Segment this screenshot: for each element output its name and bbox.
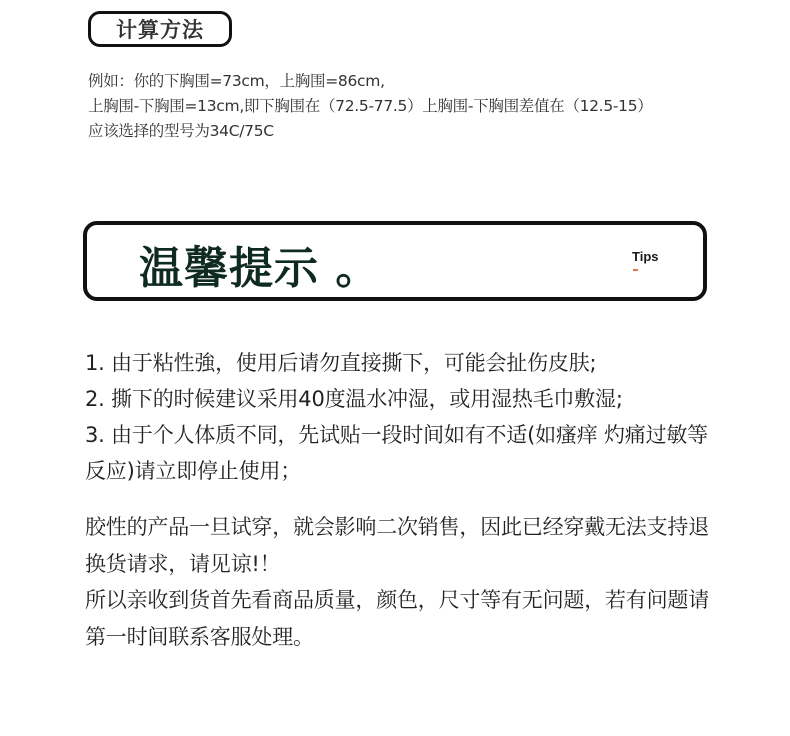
calculation-method-title: 计算方法 xyxy=(116,14,204,44)
note-item-3: 3. 由于个人体质不同，先试贴一段时间如有不适(如瘙痒 灼痛过敏等反应)请立即停… xyxy=(85,417,725,489)
return-policy: 胶性的产品一旦试穿，就会影响二次销售，因此已经穿戴无法支持退换货请求，请见谅!！… xyxy=(85,509,725,655)
note-item-1: 1. 由于粘性強，使用后请勿直接撕下，可能会扯伤皮肤; xyxy=(85,345,725,381)
calculation-method-heading: 计算方法 xyxy=(88,11,232,47)
example-line-2: 上胸围-下胸围=13cm,即下胸围在（72.5-77.5）上胸围-下胸围差值在（… xyxy=(88,94,653,119)
calculation-example: 例如：你的下胸围=73cm，上胸围=86cm, 上胸围-下胸围=13cm,即下胸… xyxy=(88,69,653,144)
warm-tips-banner: 温馨提示 。 Tips xyxy=(83,221,707,301)
policy-paragraph-2: 所以亲收到货首先看商品质量，颜色，尺寸等有无问题，若有问题请第一时间联系客服处理… xyxy=(85,582,725,655)
tips-accent-dash xyxy=(633,269,638,271)
warm-tips-title: 温馨提示 。 xyxy=(139,232,380,296)
example-line-3: 应该选择的型号为34C/75C xyxy=(88,119,653,144)
note-item-2: 2. 撕下的时候建议采用40度温水冲湿，或用湿热毛巾敷湿; xyxy=(85,381,725,417)
policy-paragraph-1: 胶性的产品一旦试穿，就会影响二次销售，因此已经穿戴无法支持退换货请求，请见谅!！ xyxy=(85,509,725,582)
example-line-1: 例如：你的下胸围=73cm，上胸围=86cm, xyxy=(88,69,653,94)
tips-label: Tips xyxy=(632,249,659,264)
usage-notes-list: 1. 由于粘性強，使用后请勿直接撕下，可能会扯伤皮肤; 2. 撕下的时候建议采用… xyxy=(85,345,725,489)
